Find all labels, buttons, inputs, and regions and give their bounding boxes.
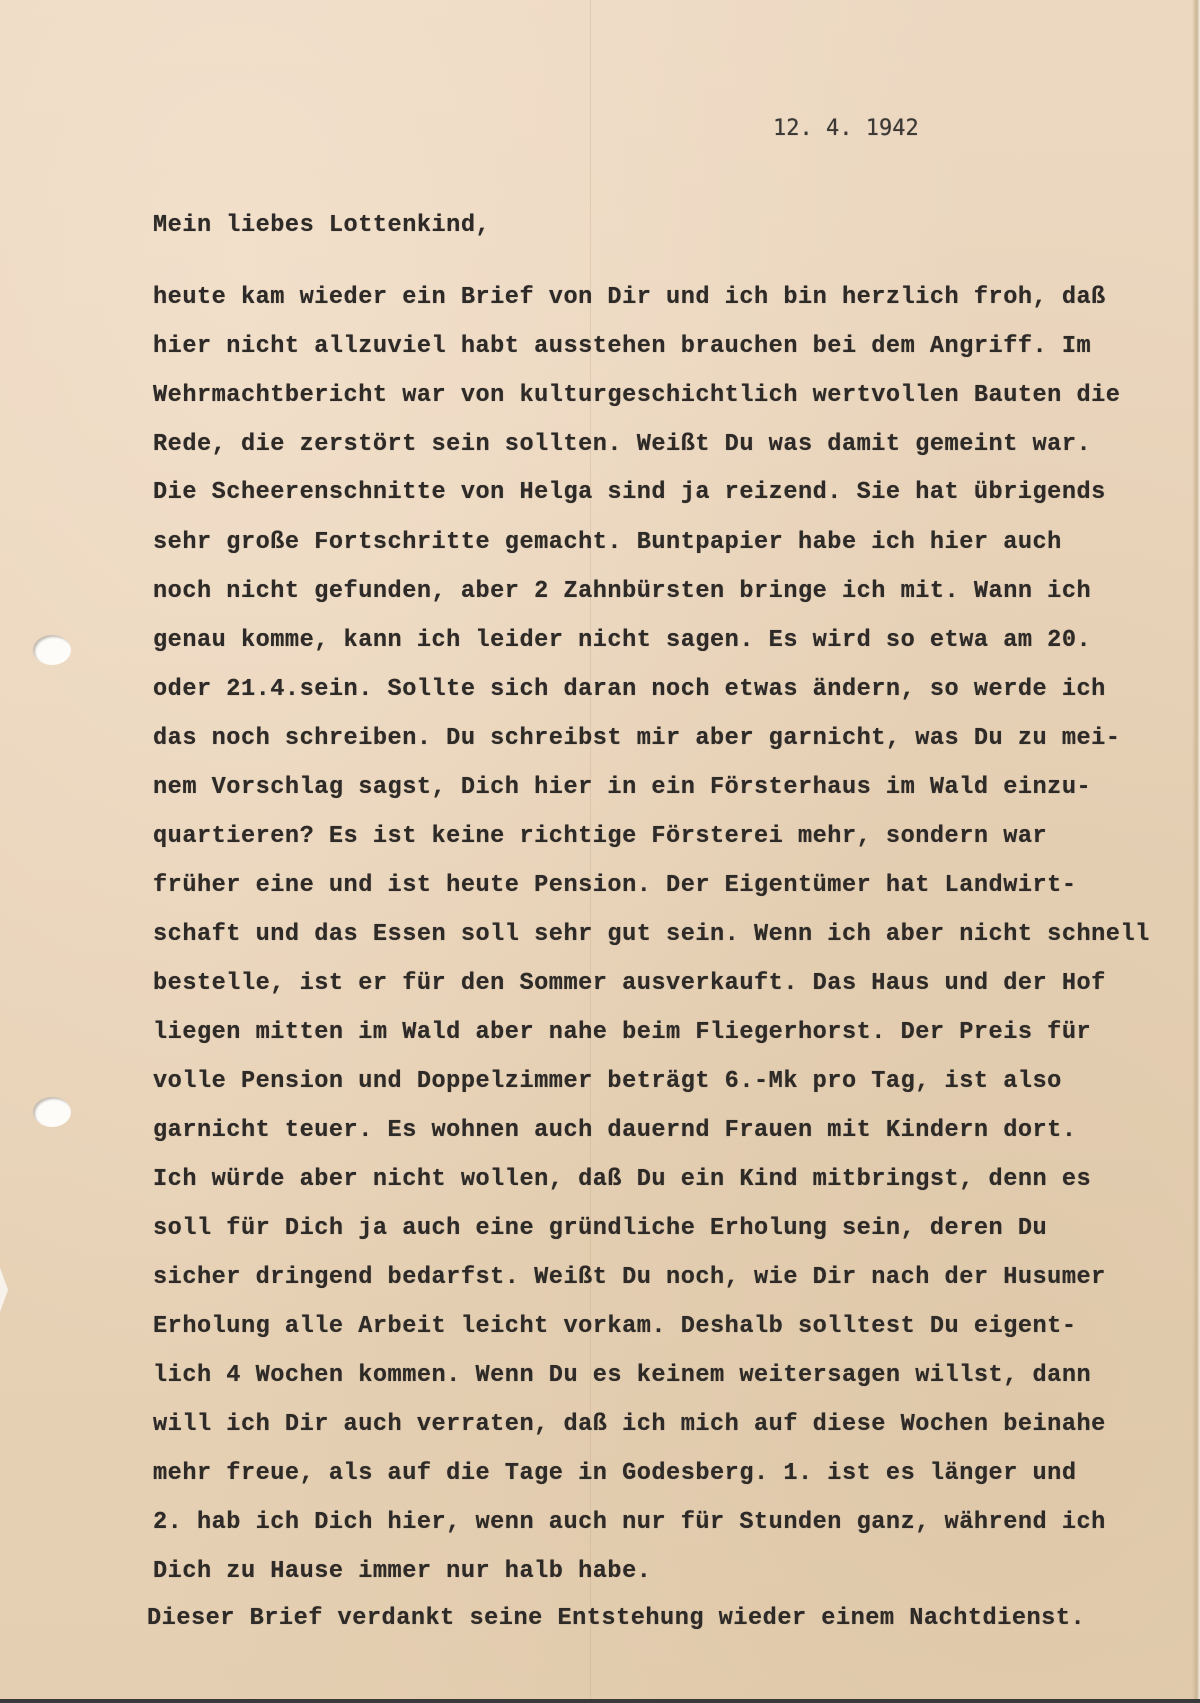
letter-line: mehr freue, als auf die Tage in Godesber… [153,1460,1077,1487]
letter-line: schaft und das Essen soll sehr gut sein.… [153,921,1150,948]
paper-tear-left [0,1268,8,1312]
letter-line: soll für Dich ja auch eine gründliche Er… [153,1215,1047,1242]
letter-line: heute kam wieder ein Brief von Dir und i… [153,284,1106,311]
letter-line: früher eine und ist heute Pension. Der E… [153,872,1077,899]
letter-line: lich 4 Wochen kommen. Wenn Du es keinem … [153,1362,1091,1389]
letter-salutation: Mein liebes Lottenkind, [153,212,490,239]
letter-closing-line: Dieser Brief verdankt seine Entstehung w… [147,1605,1085,1632]
letter-line: noch nicht gefunden, aber 2 Zahnbürsten … [153,578,1091,605]
letter-line: sicher dringend bedarfst. Weißt Du noch,… [153,1264,1106,1291]
letter-line: Die Scheerenschnitte von Helga sind ja r… [153,479,1106,506]
punch-hole-bottom [33,1097,71,1127]
letter-line: will ich Dir auch verraten, daß ich mich… [153,1411,1106,1438]
letter-line: Erholung alle Arbeit leicht vorkam. Desh… [153,1313,1077,1340]
letter-line: bestelle, ist er für den Sommer ausverka… [153,970,1106,997]
letter-line: Rede, die zerstört sein sollten. Weißt D… [153,431,1091,458]
letter-line: volle Pension und Doppelzimmer beträgt 6… [153,1068,1062,1095]
letter-line: quartieren? Es ist keine richtige Förste… [153,823,1047,850]
letter-line: Dich zu Hause immer nur halb habe. [153,1558,651,1585]
paper-edge-right [1192,0,1200,1703]
letter-date: 12. 4. 1942 [773,116,919,141]
letter-line: oder 21.4.sein. Sollte sich daran noch e… [153,676,1106,703]
letter-line: nem Vorschlag sagst, Dich hier in ein Fö… [153,774,1091,801]
letter-line: Wehrmachtbericht war von kulturgeschicht… [153,382,1120,409]
letter-line: sehr große Fortschritte gemacht. Buntpap… [153,529,1062,556]
paper-edge-bottom [0,1699,1200,1703]
letter-line: genau komme, kann ich leider nicht sagen… [153,627,1091,654]
letter-line: garnicht teuer. Es wohnen auch dauernd F… [153,1117,1077,1144]
punch-hole-top [33,635,71,665]
letter-line: das noch schreiben. Du schreibst mir abe… [153,725,1120,752]
letter-line: 2. hab ich Dich hier, wenn auch nur für … [153,1509,1106,1536]
paper-fold-line [590,0,591,1703]
letter-page: 12. 4. 1942 Mein liebes Lottenkind, heut… [0,0,1200,1703]
letter-line: Ich würde aber nicht wollen, daß Du ein … [153,1166,1091,1193]
letter-line: liegen mitten im Wald aber nahe beim Fli… [153,1019,1091,1046]
letter-line: hier nicht allzuviel habt ausstehen brau… [153,333,1091,360]
